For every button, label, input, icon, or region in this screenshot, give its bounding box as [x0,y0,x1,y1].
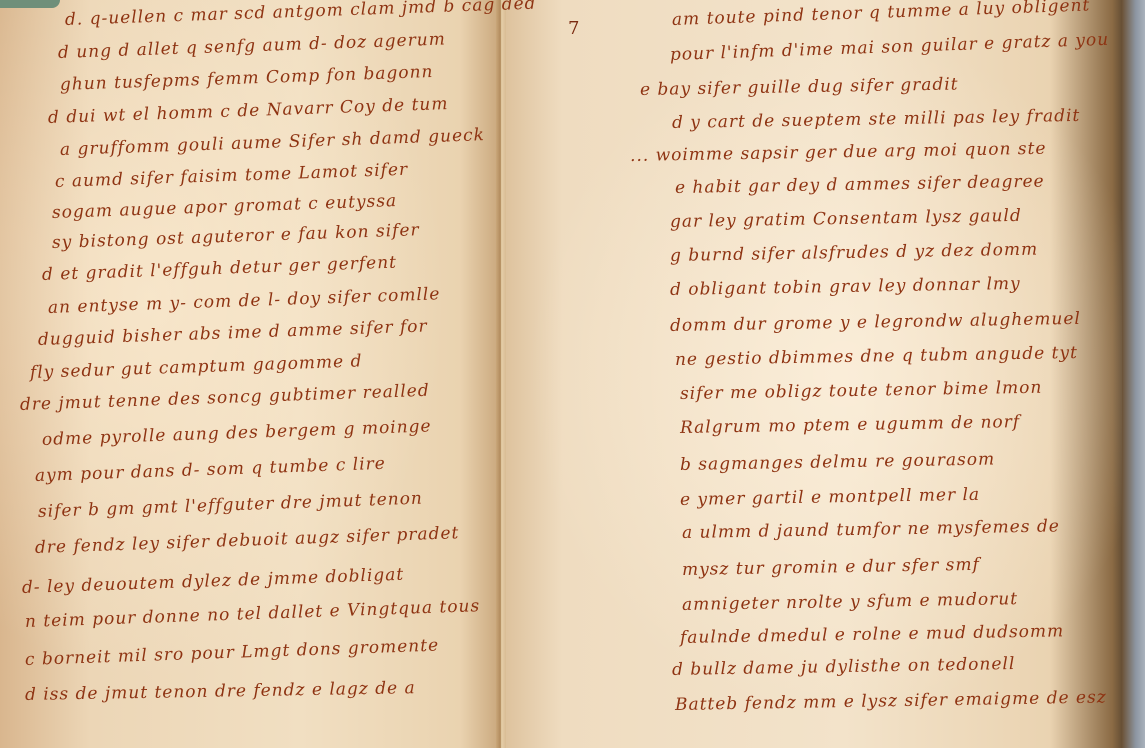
book-gutter [496,0,506,748]
cover-corner [0,0,60,8]
folio-mark: 7 [568,18,579,39]
manuscript-spread: 7 d. q-uellen c mar scd antgom clam jmd … [0,0,1145,748]
page-edge-background [1122,0,1145,748]
